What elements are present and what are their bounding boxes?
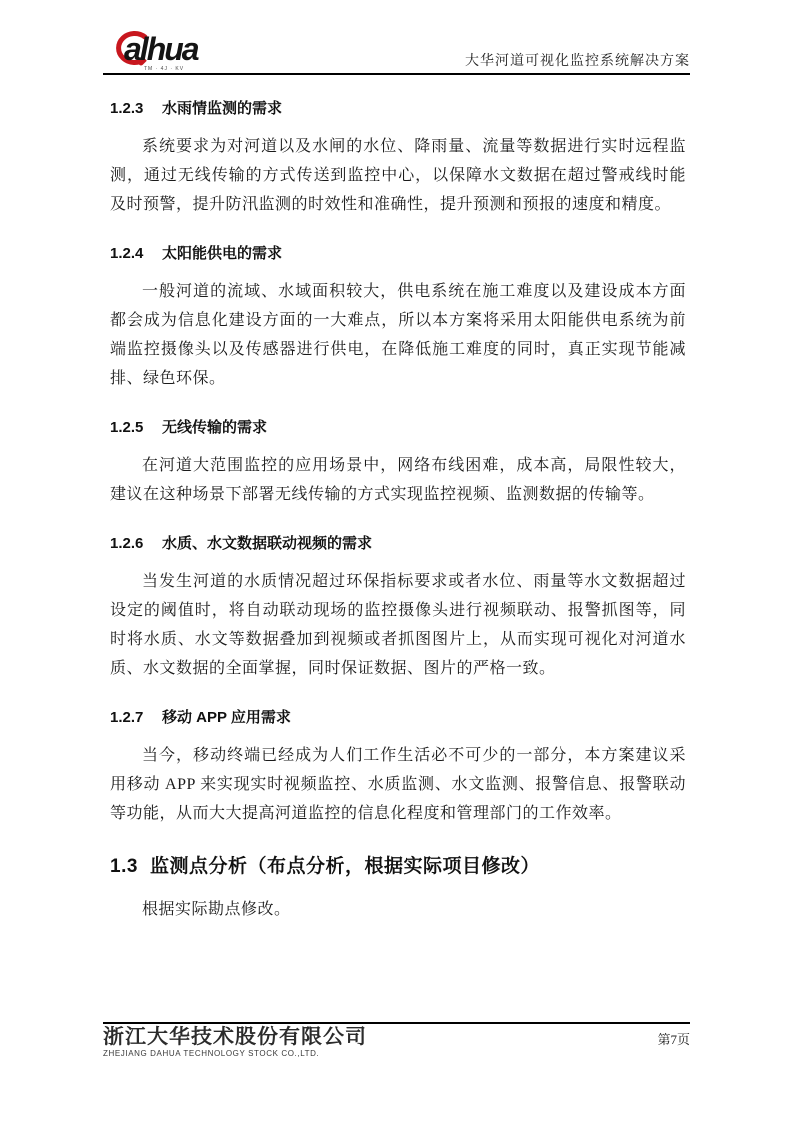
section-title: 太阳能供电的需求	[162, 245, 282, 262]
section-paragraph: 当今，移动终端已经成为人们工作生活必不可少的一部分，本方案建议采用移动 APP …	[110, 741, 686, 828]
page-footer: 浙江大华技术股份有限公司 ZHEJIANG DAHUA TECHNOLOGY S…	[103, 1022, 690, 1058]
page-header: alhua TM · 4J · KV 大华河道可视化监控系统解决方案	[103, 0, 690, 75]
section-number: 1.2.6	[110, 535, 162, 552]
section-number: 1.2.4	[110, 245, 162, 262]
page-number: 第7页	[657, 1029, 690, 1048]
section-paragraph: 系统要求为对河道以及水闸的水位、降雨量、流量等数据进行实时远程监测，通过无线传输…	[110, 132, 686, 219]
section-heading-1-2-6: 1.2.6水质、水文数据联动视频的需求	[110, 535, 686, 552]
section-paragraph: 根据实际勘点修改。	[110, 895, 686, 924]
document-header-title: 大华河道可视化监控系统解决方案	[465, 50, 690, 70]
section-number: 1.2.5	[110, 419, 162, 436]
section-number: 1.3	[110, 854, 150, 880]
section-heading-1-2-3: 1.2.3水雨情监测的需求	[110, 100, 686, 117]
section-paragraph: 在河道大范围监控的应用场景中，网络布线困难，成本高，局限性较大，建议在这种场景下…	[110, 451, 686, 509]
section-title: 移动 APP 应用需求	[162, 709, 291, 726]
document-page: alhua TM · 4J · KV 大华河道可视化监控系统解决方案 1.2.3…	[0, 0, 793, 1122]
section-title: 水质、水文数据联动视频的需求	[162, 535, 372, 552]
section-number: 1.2.3	[110, 100, 162, 117]
section-paragraph: 当发生河道的水质情况超过环保指标要求或者水位、雨量等水文数据超过设定的阈值时，将…	[110, 567, 686, 683]
footer-company-name-en: ZHEJIANG DAHUA TECHNOLOGY STOCK CO.,LTD.	[103, 1049, 690, 1058]
section-heading-1-3: 1.3监测点分析（布点分析，根据实际项目修改）	[110, 854, 686, 880]
section-number: 1.2.7	[110, 709, 162, 726]
logo-text: alhua	[124, 31, 199, 67]
section-heading-1-2-7: 1.2.7移动 APP 应用需求	[110, 709, 686, 726]
section-title: 水雨情监测的需求	[162, 100, 282, 117]
dahua-logo: alhua TM · 4J · KV	[108, 26, 258, 74]
footer-company-name-cn: 浙江大华技术股份有限公司	[103, 1026, 690, 1048]
section-title: 监测点分析（布点分析，根据实际项目修改）	[150, 856, 540, 877]
section-heading-1-2-5: 1.2.5无线传输的需求	[110, 419, 686, 436]
logo-tagline: TM · 4J · KV	[144, 66, 184, 72]
document-body: 1.2.3水雨情监测的需求 系统要求为对河道以及水闸的水位、降雨量、流量等数据进…	[110, 74, 686, 924]
section-heading-1-2-4: 1.2.4太阳能供电的需求	[110, 245, 686, 262]
section-paragraph: 一般河道的流域、水域面积较大，供电系统在施工难度以及建设成本方面都会成为信息化建…	[110, 277, 686, 393]
section-title: 无线传输的需求	[162, 419, 267, 436]
